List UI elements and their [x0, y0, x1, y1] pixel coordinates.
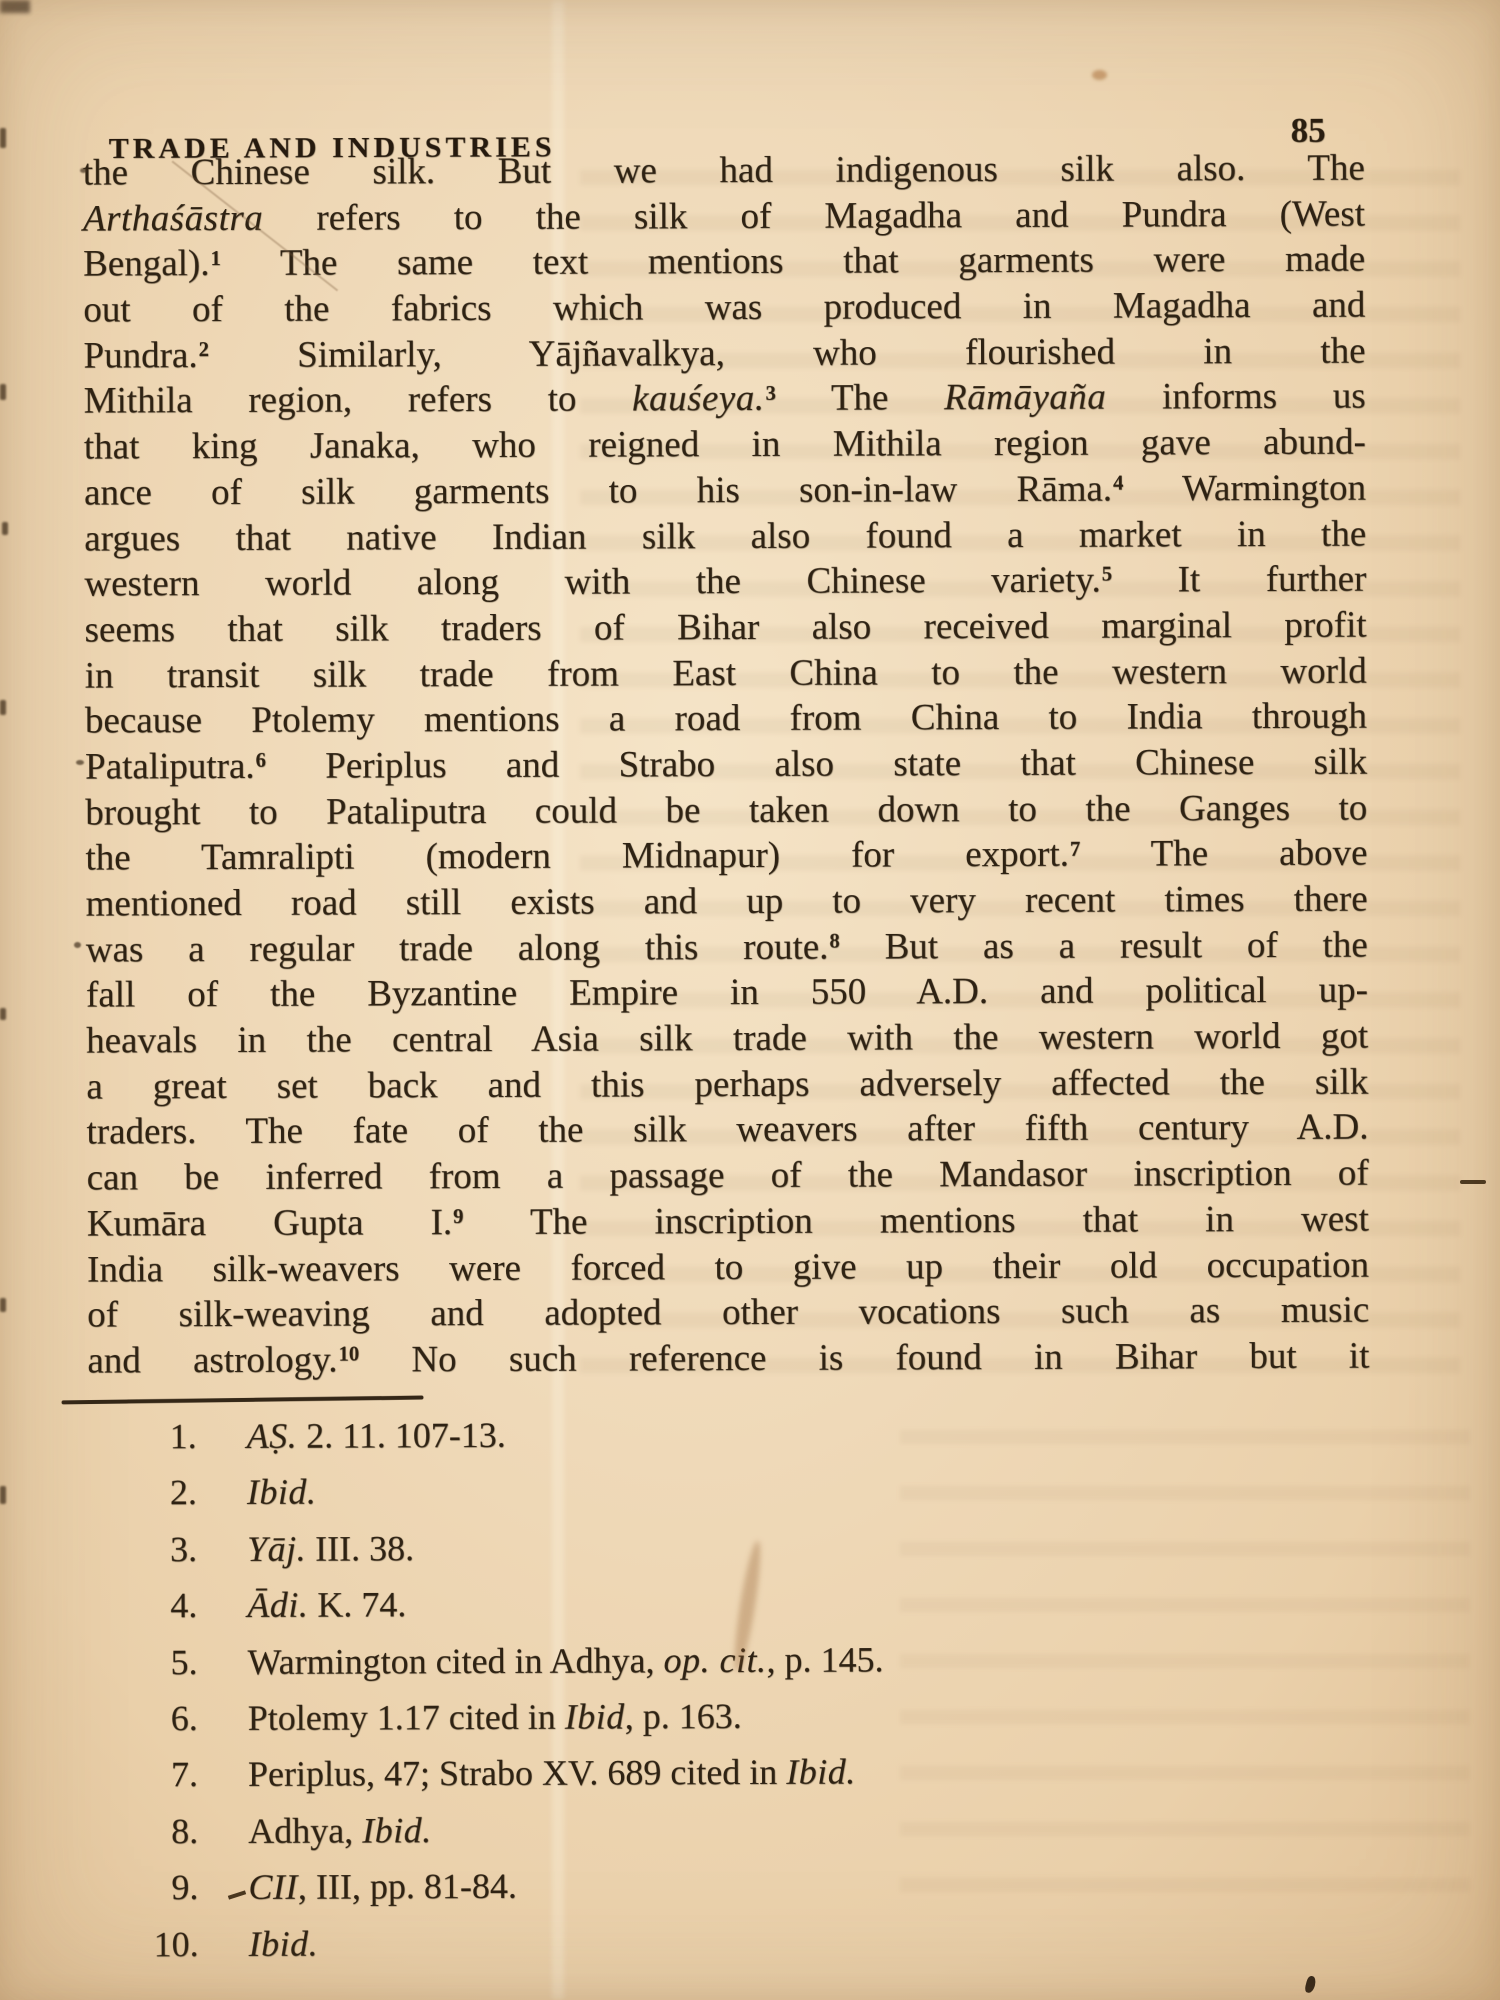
footnote-number: 8. [63, 1803, 198, 1860]
text-segment: informs us [1106, 376, 1366, 418]
text-segment: K. 74. [308, 1584, 406, 1624]
body-line: heavals in the central Asia silk trade w… [86, 1014, 1368, 1065]
body-line: out of the fabrics which was produced in… [83, 283, 1365, 334]
footnote-reference: 1 [210, 248, 220, 270]
footnote-text: Ibid. [249, 1915, 319, 1972]
footnote-text: Yāj. III. 38. [247, 1520, 414, 1577]
text-segment: a great set back and this perhaps advers… [86, 1061, 1368, 1107]
body-line: ance of silk garments to his son-in-law … [84, 465, 1366, 516]
text-segment: , III, pp. 81-84. [298, 1866, 517, 1907]
text-segment: in transit silk trade from East China to… [85, 650, 1367, 696]
footnote-text: Ādi. K. 74. [247, 1576, 406, 1633]
footnote-text: AṢ. 2. 11. 107-13. [247, 1407, 506, 1464]
scanned-book-page: TRADE AND INDUSTRIES 85 the Chinese silk… [0, 0, 1500, 2000]
text-segment: can be inferred from a passage of the Ma… [87, 1153, 1369, 1199]
body-line: Mithila region, refers to kauśeya.3 The … [84, 374, 1366, 425]
body-line: in transit silk trade from East China to… [85, 648, 1367, 699]
body-line: seems that silk traders of Bihar also re… [84, 603, 1366, 654]
text-segment: No such reference is found in Bihar but … [359, 1335, 1369, 1380]
footnote-reference: 4 [1113, 473, 1123, 495]
footnote-number: 4. [62, 1577, 197, 1634]
footnote-reference: 5 [1102, 564, 1112, 586]
footnote-item: 10.Ibid. [64, 1911, 1444, 1973]
text-segment: , p. 163. [625, 1696, 742, 1736]
footnote-item: 4.Ādi. K. 74. [62, 1573, 1442, 1635]
text-segment: argues that native Indian silk also foun… [84, 513, 1366, 559]
body-line: Kumāra Gupta I.9 The inscription mention… [87, 1196, 1369, 1247]
text-segment: ance of silk garments to his son-in-law … [84, 468, 1112, 513]
text-segment: western world along with the Chinese var… [84, 560, 1101, 605]
footnote-text: Ptolemy 1.17 cited in Ibid, p. 163. [248, 1688, 742, 1746]
text-segment: was a regular trade along this route. [86, 926, 829, 970]
text-segment: , p. 145. [766, 1639, 883, 1679]
text-segment: Ptolemy 1.17 cited in [248, 1697, 565, 1738]
footnote-item: 2.Ibid. [62, 1460, 1442, 1522]
body-line: Bengal).1 The same text mentions that ga… [83, 237, 1365, 288]
footnote-number: 1. [62, 1408, 197, 1465]
footnote-item: 3.Yāj. III. 38. [62, 1516, 1442, 1578]
text-segment: III. 38. [306, 1528, 414, 1568]
text-segment: Bengal). [83, 243, 210, 284]
body-line: the Chinese silk. But we had indigenous … [83, 146, 1365, 197]
footnote-text: Warmington cited in Adhya, op. cit., p. … [247, 1631, 883, 1690]
footnotes-list: 1.AṢ. 2. 11. 107-13.2.Ibid.3.Yāj. III. 3… [62, 1403, 1444, 1972]
text-segment: the Chinese silk. But we had indigenous … [83, 148, 1365, 194]
body-line: traders. The fate of the silk weavers af… [86, 1105, 1368, 1156]
body-line: the Tamralipti (modern Midnapur) for exp… [85, 831, 1367, 882]
body-line: of silk-weaving and adopted other vocati… [87, 1288, 1369, 1339]
text-segment: refers to the silk of Magadha and Pundra… [263, 193, 1365, 238]
footnote-text: Ibid. [247, 1464, 317, 1521]
text-segment: Yāj. [247, 1528, 306, 1568]
text-segment: Periplus, 47; Strabo XV. 689 cited in [248, 1752, 786, 1794]
footnote-text: Adhya, Ibid. [248, 1802, 432, 1859]
text-segment: Ibid. [247, 1472, 317, 1512]
footnote-separator-rule [62, 1396, 424, 1404]
text-segment: Ibid [565, 1696, 625, 1736]
text-segment: CII [248, 1867, 298, 1907]
page-content: TRADE AND INDUSTRIES 85 the Chinese silk… [0, 0, 1500, 2000]
text-segment: heavals in the central Asia silk trade w… [86, 1016, 1368, 1062]
text-segment: because Ptolemy mentions a road from Chi… [85, 696, 1367, 742]
text-segment: out of the fabrics which was produced in… [83, 285, 1365, 331]
text-segment: mentioned road still exists and up to ve… [86, 879, 1368, 925]
footnote-text: CII, III, pp. 81-84. [248, 1858, 517, 1915]
body-line: because Ptolemy mentions a road from Chi… [85, 694, 1367, 745]
footnote-number: 7. [63, 1746, 198, 1803]
footnote-reference: 2 [199, 339, 209, 361]
body-line: Pataliputra.6 Periplus and Strabo also s… [85, 740, 1367, 791]
text-segment: traders. The fate of the silk weavers af… [86, 1107, 1368, 1153]
footnote-number: 3. [62, 1521, 197, 1578]
text-segment: Ibid. [786, 1752, 856, 1792]
body-line: fall of the Byzantine Empire in 550 A.D.… [86, 968, 1368, 1019]
text-segment: that king Janaka, who reigned in Mithila… [84, 422, 1366, 468]
text-segment: Adhya, [248, 1810, 362, 1850]
body-line: mentioned road still exists and up to ve… [86, 877, 1368, 928]
text-segment: of silk-weaving and adopted other vocati… [87, 1290, 1369, 1336]
text-segment: Ādi. [247, 1585, 308, 1625]
text-segment: Ibid. [362, 1810, 432, 1850]
text-segment: Periplus and Strabo also state that Chin… [266, 742, 1367, 787]
footnote-item: 8.Adhya, Ibid. [63, 1798, 1443, 1860]
text-segment: Warmington cited in Adhya, [247, 1640, 663, 1682]
footnote-reference: 10 [338, 1344, 359, 1366]
text-segment: The same text mentions that garments wer… [221, 239, 1365, 284]
body-line: was a regular trade along this route.8 B… [86, 922, 1368, 973]
body-line: can be inferred from a passage of the Ma… [87, 1151, 1369, 1202]
footnote-reference: 6 [256, 750, 266, 772]
text-segment: kauśeya. [632, 378, 765, 420]
body-line: western world along with the Chinese var… [84, 557, 1366, 608]
text-segment: op. cit. [663, 1640, 766, 1680]
body-line: argues that native Indian silk also foun… [84, 511, 1366, 562]
body-line: a great set back and this perhaps advers… [86, 1059, 1368, 1110]
footnote-item: 6.Ptolemy 1.17 cited in Ibid, p. 163. [63, 1685, 1443, 1747]
text-segment: Similarly, Yājñavalkya, who flourished i… [209, 330, 1366, 375]
footnote-item: 9.CII, III, pp. 81-84. [63, 1854, 1443, 1916]
footnote-number: 5. [62, 1634, 197, 1691]
footnote-item: 7.Periplus, 47; Strabo XV. 689 cited in … [63, 1742, 1443, 1804]
footnote-item: 1.AṢ. 2. 11. 107-13. [62, 1403, 1442, 1465]
footnote-reference: 7 [1070, 838, 1080, 860]
text-segment: the Tamralipti (modern Midnapur) for exp… [85, 834, 1069, 879]
body-text: the Chinese silk. But we had indigenous … [83, 146, 1370, 1384]
body-line: brought to Pataliputra could be taken do… [85, 785, 1367, 836]
text-segment: and astrology. [87, 1339, 337, 1381]
text-segment: Pataliputra. [85, 746, 255, 788]
body-line: that king Janaka, who reigned in Mithila… [84, 420, 1366, 471]
text-segment: The above [1080, 833, 1367, 875]
footnote-number: 10. [64, 1916, 199, 1973]
footnote-reference: 3 [765, 383, 775, 405]
footnote-number: 9. [63, 1859, 198, 1916]
footnote-reference: 9 [453, 1206, 463, 1228]
text-segment: 2. 11. 107-13. [297, 1415, 506, 1456]
text-segment: Kumāra Gupta I. [87, 1202, 452, 1244]
footnote-number: 6. [63, 1690, 198, 1747]
body-line: and astrology.10 No such reference is fo… [87, 1333, 1369, 1384]
footnote-item: 5.Warmington cited in Adhya, op. cit., p… [62, 1629, 1442, 1691]
footnote-reference: 8 [829, 931, 839, 953]
text-segment: Rāmāyaña [944, 377, 1106, 419]
text-segment: AṢ. [247, 1416, 298, 1456]
footnote-number: 2. [62, 1465, 197, 1522]
text-segment: Mithila region, refers to [84, 379, 633, 422]
text-segment: The [776, 378, 944, 420]
text-segment: Pundra. [83, 335, 197, 376]
text-segment: brought to Pataliputra could be taken do… [85, 787, 1367, 833]
text-segment: It further [1112, 559, 1366, 601]
body-line: Arthaśāstra refers to the silk of Magadh… [83, 191, 1365, 242]
text-segment: But as a result of the [840, 924, 1368, 967]
text-segment: seems that silk traders of Bihar also re… [84, 605, 1366, 651]
body-line: Pundra.2 Similarly, Yājñavalkya, who flo… [83, 328, 1365, 379]
text-segment: fall of the Byzantine Empire in 550 A.D.… [86, 970, 1368, 1016]
text-segment: Arthaśāstra [83, 198, 263, 240]
footnote-text: Periplus, 47; Strabo XV. 689 cited in Ib… [248, 1744, 856, 1803]
text-segment: Warmington [1123, 467, 1366, 509]
text-segment: The inscription mentions that in west [463, 1198, 1368, 1242]
body-line: India silk-weavers were forced to give u… [87, 1242, 1369, 1293]
text-segment: Ibid. [249, 1923, 319, 1963]
text-segment: India silk-weavers were forced to give u… [87, 1244, 1369, 1290]
